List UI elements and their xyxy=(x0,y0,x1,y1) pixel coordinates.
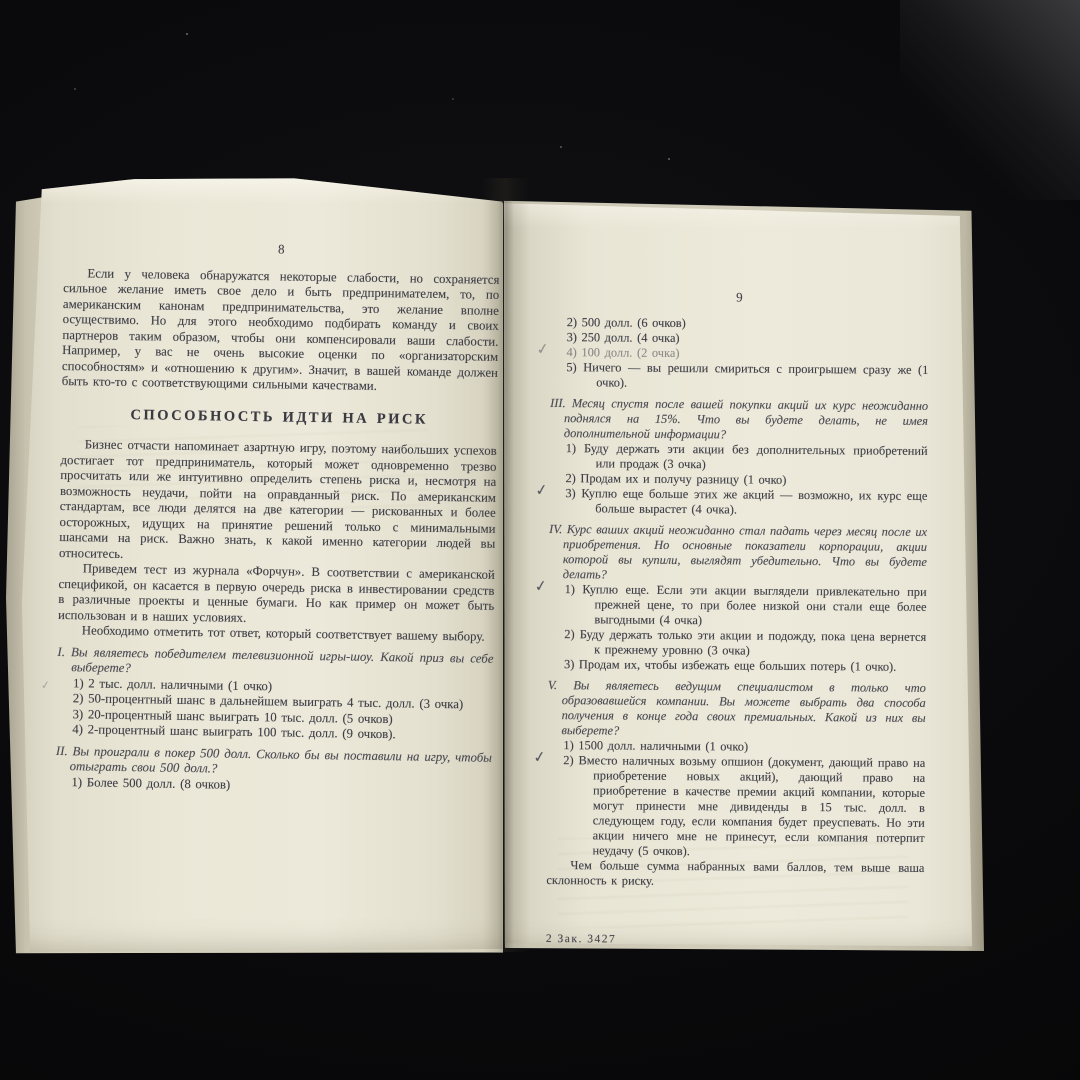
book-page-left: 8 Если у человека обнаружатся некоторые … xyxy=(18,176,503,952)
answer-option: 5) Ничего — вы решили смириться с проигр… xyxy=(550,360,928,393)
page-content-left: 8 Если у человека обнаружатся некоторые … xyxy=(55,238,500,797)
page-number: 9 xyxy=(551,288,929,306)
dust-specks xyxy=(0,0,2,2)
answer-option: 2) Вместо наличных возьму опшион (докуме… xyxy=(547,753,926,861)
page-number: 8 xyxy=(64,238,500,260)
pencil-checkmark: ✓ xyxy=(536,341,550,358)
pencil-checkmark: ✓ xyxy=(534,482,548,499)
pencil-checkmark: ✓ xyxy=(534,578,548,595)
question-text: III. Месяц спустя после вашей покупки ак… xyxy=(550,396,928,444)
question-text: IV. Курс ваших акций неожиданно стал пад… xyxy=(549,522,927,585)
pencil-checkmark: ✓ xyxy=(532,749,546,766)
answer-option: 3) Куплю еще больше этих же акций — возм… xyxy=(549,486,927,519)
text-blocks-left: Если у человека обнаружатся некоторые сл… xyxy=(55,265,499,796)
answer-option: 2) Буду держать только эти акции и подож… xyxy=(548,627,926,660)
paragraph: Бизнес отчасти напоминает азартную игру,… xyxy=(59,437,497,568)
paragraph: Чем больше сумма набранных вами баллов, … xyxy=(546,858,924,891)
answer-option: 1) Буду держать эти акции без дополнител… xyxy=(550,441,928,474)
book-photo-scene: 8 Если у человека обнаружатся некоторые … xyxy=(0,0,1080,1080)
backdrop-corner-light xyxy=(900,0,1080,200)
page-content-right: 9 2) 500 долл. (6 очков)3) 250 долл. (4 … xyxy=(546,288,929,950)
section-heading: СПОСОБНОСТЬ ИДТИ НА РИСК xyxy=(61,406,497,428)
pencil-checkmark: ✓ xyxy=(40,677,51,694)
paragraph: Если у человека обнаружатся некоторые сл… xyxy=(62,265,500,396)
paragraph: Приведем тест из журнала «Форчун». В соо… xyxy=(58,561,495,630)
answer-option: 3) Продам их, чтобы избежать еще больших… xyxy=(548,657,926,675)
book-page-right: 9 2) 500 долл. (6 очков)3) 250 долл. (4 … xyxy=(503,198,973,950)
answer-option: 1) Куплю еще. Если эти акции выглядели п… xyxy=(548,582,926,630)
text-blocks-right: 2) 500 долл. (6 очков)3) 250 долл. (4 оч… xyxy=(546,315,928,891)
question-text: V. Вы являетесь ведущим специалистом в т… xyxy=(547,678,925,741)
